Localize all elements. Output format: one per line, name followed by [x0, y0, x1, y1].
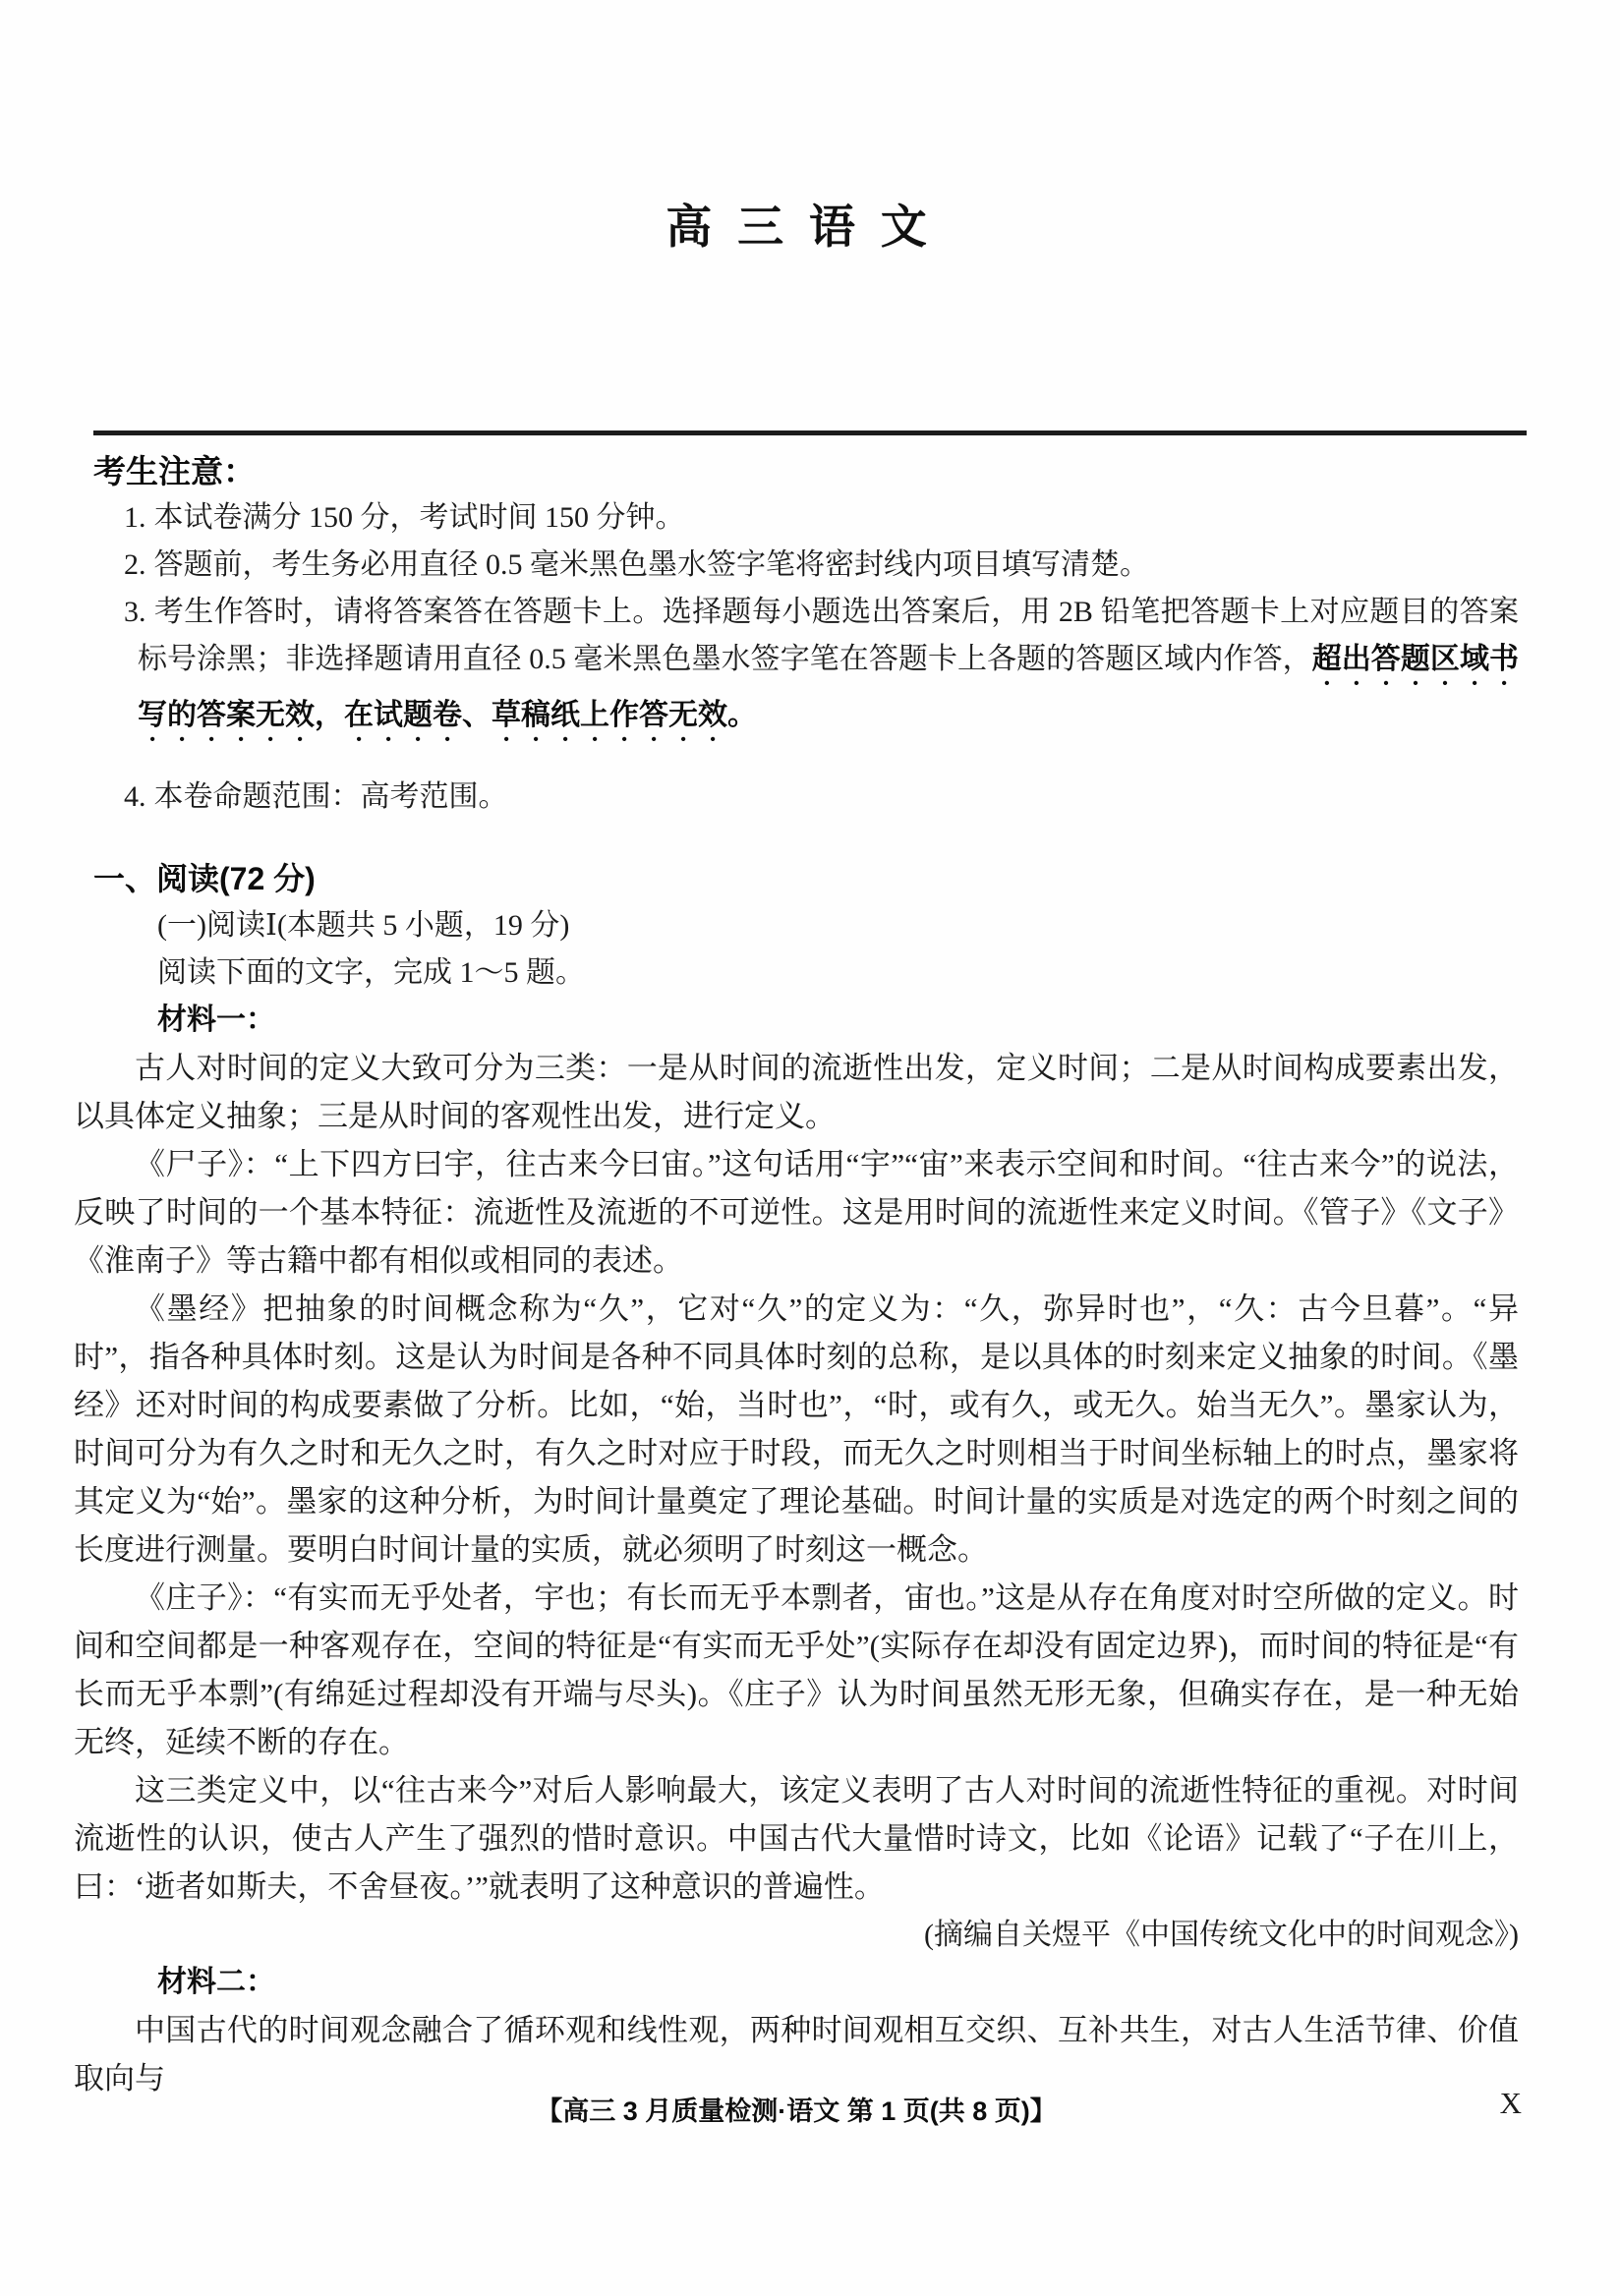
divider-double-rule	[93, 430, 1527, 435]
material1-paragraph: 《庄子》：“有实而无乎处者，宇也；有长而无乎本剽者，宙也。”这是从存在角度对时空…	[74, 1574, 1519, 1766]
corner-mark: X	[1500, 2086, 1522, 2121]
notice-item-3-number: 3.	[124, 596, 146, 628]
reading-instruction: 阅读下面的文字，完成 1～5 题。	[157, 949, 1519, 997]
material1-paragraph: 古人对时间的定义大致可分为三类：一是从时间的流逝性出发，定义时间；二是从时间构成…	[74, 1044, 1519, 1140]
notice-item-2-number: 2.	[124, 548, 146, 581]
notice-item-4: 4.本卷命题范围：高考范围。	[74, 774, 1519, 821]
material1-paragraph: 《墨经》把抽象的时间概念称为“久”，它对“久”的定义为：“久，弥异时也”，“久：…	[74, 1285, 1519, 1574]
notice-item-2-text: 答题前，考生务必用直径 0.5 毫米黑色墨水签字笔将密封线内项目填写清楚。	[154, 548, 1150, 581]
material1-paragraph: 这三类定义中，以“往古来今”对后人影响最大，该定义表明了古人对时间的流逝性特征的…	[74, 1766, 1519, 1911]
material2-paragraph: 中国古代的时间观念融合了循环观和线性观，两种时间观相互交织、互补共生，对古人生活…	[74, 2006, 1519, 2102]
material1-label: 材料一：	[157, 997, 1519, 1044]
exam-paper-page: 高三语文 考生注意： 1.本试卷满分 150 分，考试时间 150 分钟。 2.…	[0, 0, 1620, 2296]
material1-attribution: (摘编自关煜平《中国传统文化中的时间观念》)	[74, 1911, 1519, 1959]
notice-item-1: 1.本试卷满分 150 分，考试时间 150 分钟。	[74, 494, 1519, 542]
page-footer: 【高三 3 月质量检测·语文 第 1 页(共 8 页)】	[74, 2090, 1519, 2128]
material1-paragraph: 《尸子》：“上下四方曰宇，往古来今曰宙。”这句话用“宇”“宙”来表示空间和时间。…	[74, 1140, 1519, 1285]
section-heading: 一、阅读(72 分)	[93, 855, 1519, 902]
notice-item-3: 3.考生作答时，请将答案答在答题卡上。选择题每小题选出答案后，用 2B 铅笔把答…	[74, 589, 1519, 748]
notice-item-1-text: 本试卷满分 150 分，考试时间 150 分钟。	[154, 501, 685, 534]
page-title: 高三语文	[74, 199, 1519, 258]
material2-label: 材料二：	[157, 1959, 1519, 2006]
subsection-heading: (一)阅读Ⅰ(本题共 5 小题，19 分)	[157, 902, 1519, 949]
notice-item-2: 2.答题前，考生务必用直径 0.5 毫米黑色墨水签字笔将密封线内项目填写清楚。	[74, 542, 1519, 589]
notice-item-4-number: 4.	[124, 780, 146, 813]
notice-heading: 考生注意：	[93, 449, 1519, 494]
notice-section: 考生注意： 1.本试卷满分 150 分，考试时间 150 分钟。 2.答题前，考…	[74, 449, 1519, 821]
notice-item-1-number: 1.	[124, 501, 146, 534]
reading-section: 一、阅读(72 分) (一)阅读Ⅰ(本题共 5 小题，19 分) 阅读下面的文字…	[74, 855, 1519, 2102]
notice-item-4-text: 本卷命题范围：高考范围。	[154, 780, 508, 813]
